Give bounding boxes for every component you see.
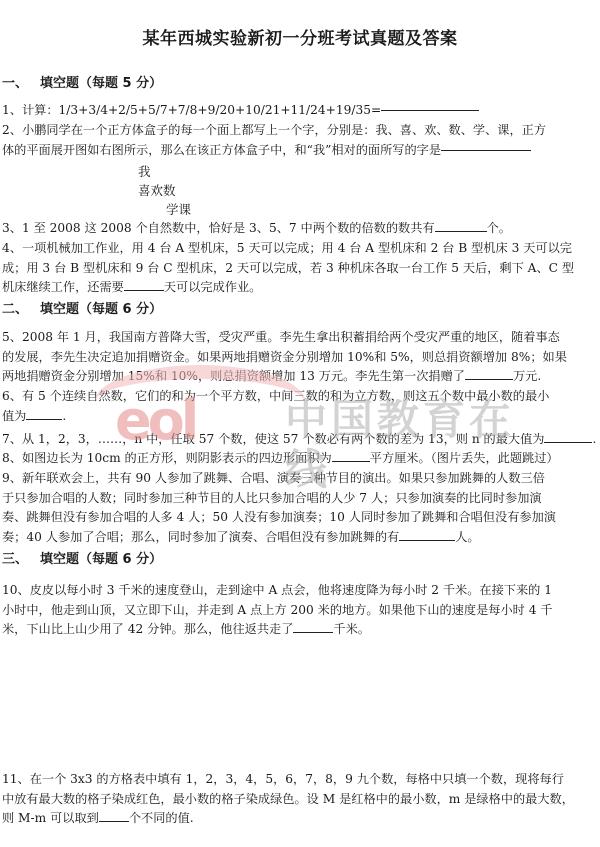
question-9: 9、新年联欢会上，共有 90 人参加了跳舞、合唱、演奏三种节目的演出。如果只参加… [2, 469, 598, 547]
question-text: 天可以完成作业。 [164, 280, 262, 294]
question-text: 平方厘米。（图片丢失，此题跳过） [370, 451, 559, 465]
question-2: 2、小鹏同学在一个正方体盒子的每一个面上都写上一个字，分别是：我、喜、欢、数、学… [2, 121, 598, 160]
question-text: 奏、跳舞但没有参加合唱的人多 4 人；50 人没有参加演奏；10 人同时参加了跳… [2, 508, 598, 528]
question-text: 米，下山比上山少用了 42 分钟。那么，他往返共走了 [2, 622, 293, 636]
section-number: 一、 [2, 72, 40, 91]
question-8: 8、如图边长为 10cm 的正方形，则阴影表示的四边形面积为平方厘米。（图片丢失… [2, 449, 598, 469]
question-text: 10、皮皮以每小时 3 千米的速度登山，走到途中 A 点会，他将速度降为每小时 … [2, 581, 598, 601]
question-text: 1、计算：1/3+3/4+2/5+5/7+7/8+9/20+10/21+11/2… [2, 103, 381, 117]
answer-line [441, 150, 531, 151]
answer-blank[interactable] [544, 430, 592, 443]
question-1: 1、计算：1/3+3/4+2/5+5/7+7/8+9/20+10/21+11/2… [2, 101, 598, 121]
question-10: 10、皮皮以每小时 3 千米的速度登山，走到途中 A 点会，他将速度降为每小时 … [2, 581, 598, 640]
answer-blank[interactable] [293, 620, 333, 633]
answer-line [381, 110, 479, 111]
answer-blank[interactable] [26, 407, 62, 420]
question-7: 7、从 1，2，3，……，n 中，任取 57 个数，使这 57 个数必有两个数的… [2, 430, 598, 450]
question-text: 6、有 5 个连续自然数，它们的和为一个平方数，中间三数的和为立方数，则这五个数… [2, 387, 598, 407]
section-heading-1: 一、填空题（每题 5 分） [2, 72, 162, 91]
section-label: 填空题（每题 5 分） [40, 76, 162, 91]
section-label: 填空题（每题 6 分） [40, 552, 162, 567]
question-text: 则 M-m 可以取到 [2, 811, 99, 825]
question-text: 的发展，李先生决定追加捐赠资金。如果两地捐赠资金分别增加 10%和 5%，则总捐… [2, 348, 598, 368]
answer-blank[interactable] [465, 367, 513, 380]
question-text: 两地捐赠资金分别增加 15%和 10%，则总捐资额增加 13 万元。李先生第一次… [2, 369, 465, 383]
question-text: . [592, 432, 596, 446]
question-4: 4、一项机械加工作业，用 4 台 A 型机床，5 天可以完成；用 4 台 A 型… [2, 239, 598, 298]
question-text: 个。 [487, 221, 511, 235]
question-text: 7、从 1，2，3，……，n 中，任取 57 个数，使这 57 个数必有两个数的… [2, 432, 544, 446]
question-text: 人。 [455, 530, 479, 544]
answer-blank[interactable] [435, 219, 487, 232]
question-text: 中放有最大数的格子染成红色，最小数的格子染成绿色。设 M 是红格中的最小数，m … [2, 790, 598, 810]
question-11: 11、在一个 3x3 的方格表中填有 1，2，3，4，5，6，7，8，9 九个数… [2, 770, 598, 829]
question-text: 个不同的值. [129, 811, 194, 825]
document-title: 某年西城实验新初一分班考试真题及答案 [0, 24, 600, 49]
question-text: 奏；40 人参加了合唱；那么，同时参加了演奏、合唱但没有参加跳舞的有 [2, 530, 399, 544]
question-text: 值为 [2, 409, 26, 423]
question-text: . [62, 409, 66, 423]
cube-net-row: 喜欢数 [138, 181, 191, 200]
section-number: 三、 [2, 548, 40, 567]
question-5: 5、2008 年 1 月，我国南方普降大雪，受灾严重。李先生拿出积蓄捐给两个受灾… [2, 328, 598, 387]
question-text: 5、2008 年 1 月，我国南方普降大雪，受灾严重。李先生拿出积蓄捐给两个受灾… [2, 328, 598, 348]
question-6: 6、有 5 个连续自然数，它们的和为一个平方数，中间三数的和为立方数，则这五个数… [2, 387, 598, 426]
cube-net-figure: 我 喜欢数 学课 [138, 162, 191, 219]
question-text: 体的平面展开图如右图所示，那么在该正方体盒子中，和“我”相对的面所写的字是 [2, 143, 441, 157]
answer-blank[interactable] [124, 278, 164, 291]
question-text: 11、在一个 3x3 的方格表中填有 1，2，3，4，5，6，7，8，9 九个数… [2, 770, 598, 790]
question-text: 成；用 3 台 B 型机床和 9 台 C 型机床，2 天可以完成，若 3 种机床… [2, 259, 598, 279]
answer-blank[interactable] [332, 449, 370, 462]
cube-net-row: 学课 [138, 200, 191, 219]
question-text: 3、1 至 2008 这 2008 个自然数中，恰好是 3、5、7 中两个数的倍… [2, 221, 435, 235]
question-text: 千米。 [333, 622, 370, 636]
question-text: 9、新年联欢会上，共有 90 人参加了跳舞、合唱、演奏三种节目的演出。如果只参加… [2, 469, 598, 489]
answer-blank[interactable] [399, 528, 455, 541]
section-number: 二、 [2, 298, 40, 317]
question-3: 3、1 至 2008 这 2008 个自然数中，恰好是 3、5、7 中两个数的倍… [2, 219, 598, 239]
question-text: 4、一项机械加工作业，用 4 台 A 型机床，5 天可以完成；用 4 台 A 型… [2, 239, 598, 259]
question-text: 2、小鹏同学在一个正方体盒子的每一个面上都写上一个字，分别是：我、喜、欢、数、学… [2, 121, 598, 141]
answer-blank[interactable] [99, 809, 129, 822]
question-text: 万元. [513, 369, 541, 383]
section-heading-2: 二、填空题（每题 6 分） [2, 298, 162, 317]
question-text: 机床继续工作，还需要 [2, 280, 124, 294]
section-heading-3: 三、填空题（每题 6 分） [2, 548, 162, 567]
question-text: 小时中，他走到山顶，又立即下山，并走到 A 点上方 200 米的地方。如果他下山… [2, 601, 598, 621]
question-text: 8、如图边长为 10cm 的正方形，则阴影表示的四边形面积为 [2, 451, 332, 465]
question-text: 于只参加合唱的人数；同时参加三种节目的人比只参加合唱的人少 7 人；只参加演奏的… [2, 489, 598, 509]
cube-net-row: 我 [138, 162, 191, 181]
section-label: 填空题（每题 6 分） [40, 302, 162, 317]
